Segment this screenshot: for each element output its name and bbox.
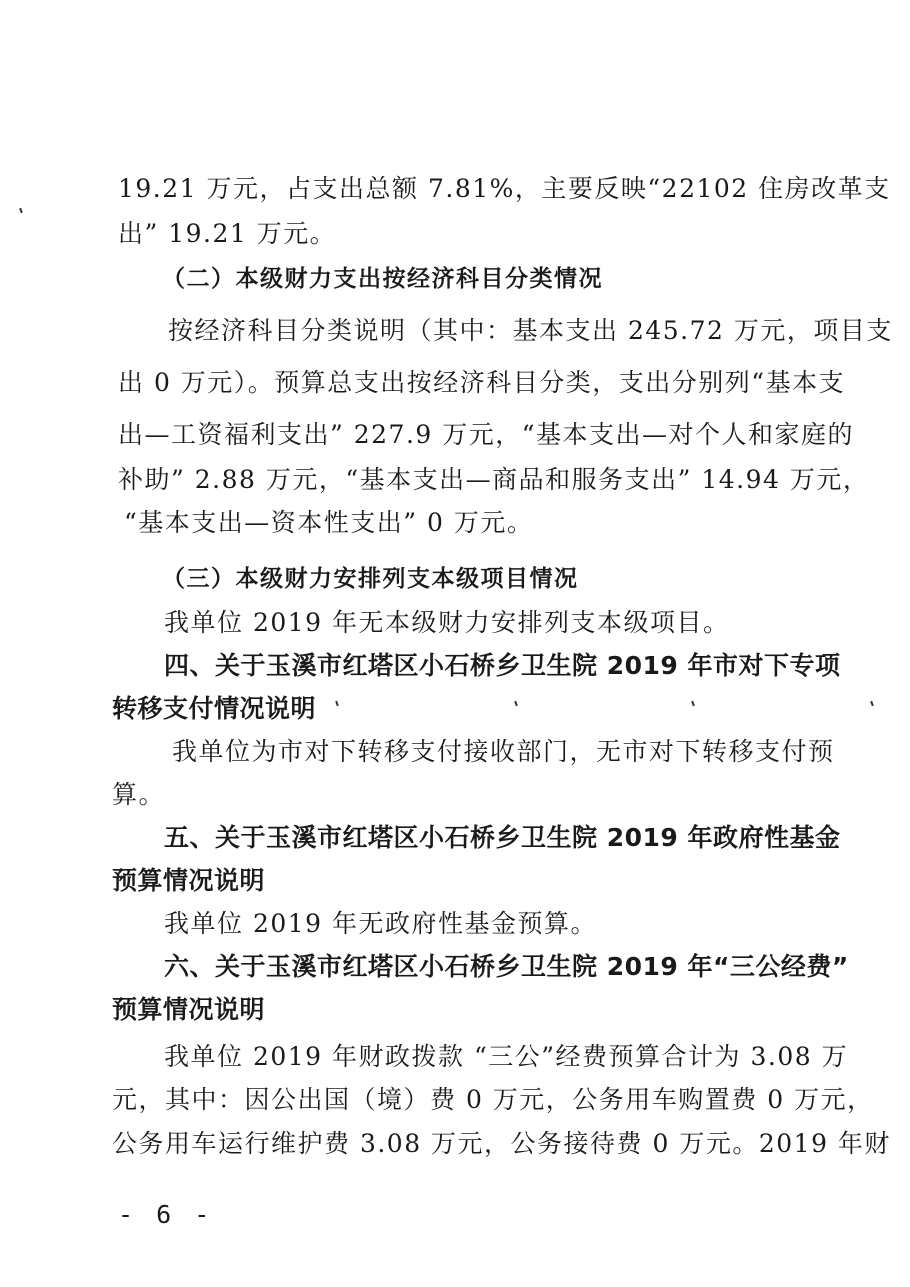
document-page: 19.21 万元，占支出总额 7.81%，主要反映“22102 住房改革支 出”… (0, 0, 910, 1287)
paragraph-line: 我单位 2019 年无本级财力安排列支本级项目。 (164, 608, 730, 638)
paragraph-line: 我单位 2019 年财政拨款 “三公”经费预算合计为 3.08 万 (164, 1042, 848, 1072)
paragraph-line: 算。 (112, 780, 165, 810)
section-heading: 四、关于玉溪市红塔区小石桥乡卫生院 2019 年市对下专项 (164, 651, 841, 681)
section-subheading: （三）本级财力安排列支本级项目情况 (162, 564, 579, 594)
paragraph-line: 出 0 万元）。预算总支出按经济科目分类，支出分别列“基本支 (118, 368, 845, 398)
scan-speck (335, 701, 339, 706)
paragraph-line: “基本支出—资本性支出” 0 万元。 (124, 508, 533, 538)
section-heading: 预算情况说明 (112, 866, 265, 896)
scan-speck (514, 701, 518, 706)
paragraph-line: 我单位 2019 年无政府性基金预算。 (164, 909, 597, 939)
paragraph-line: 补助” 2.88 万元，“基本支出—商品和服务支出” 14.94 万元， (118, 465, 869, 495)
page-number: - 6 - (118, 1200, 213, 1229)
paragraph-line: 按经济科目分类说明（其中：基本支出 245.72 万元，项目支 (168, 316, 893, 346)
scan-speck (19, 208, 23, 213)
scan-speck (870, 701, 874, 706)
paragraph-line: 出” 19.21 万元。 (118, 219, 336, 249)
section-subheading: （二）本级财力支出按经济科目分类情况 (162, 264, 603, 294)
paragraph-line: 我单位为市对下转移支付接收部门，无市对下转移支付预 (172, 737, 835, 767)
paragraph-line: 元，其中：因公出国（境）费 0 万元，公务用车购置费 0 万元， (112, 1085, 874, 1115)
scan-speck (691, 701, 695, 706)
paragraph-line: 出—工资福利支出” 227.9 万元，“基本支出—对个人和家庭的 (118, 420, 854, 450)
section-heading: 五、关于玉溪市红塔区小石桥乡卫生院 2019 年政府性基金 (164, 823, 841, 853)
section-heading: 预算情况说明 (112, 995, 265, 1025)
paragraph-line: 19.21 万元，占支出总额 7.81%，主要反映“22102 住房改革支 (118, 174, 891, 204)
paragraph-line: 公务用车运行维护费 3.08 万元，公务接待费 0 万元。2019 年财 (112, 1129, 891, 1159)
section-heading: 六、关于玉溪市红塔区小石桥乡卫生院 2019 年“三公经费” (164, 952, 849, 982)
section-heading: 转移支付情况说明 (112, 694, 316, 724)
